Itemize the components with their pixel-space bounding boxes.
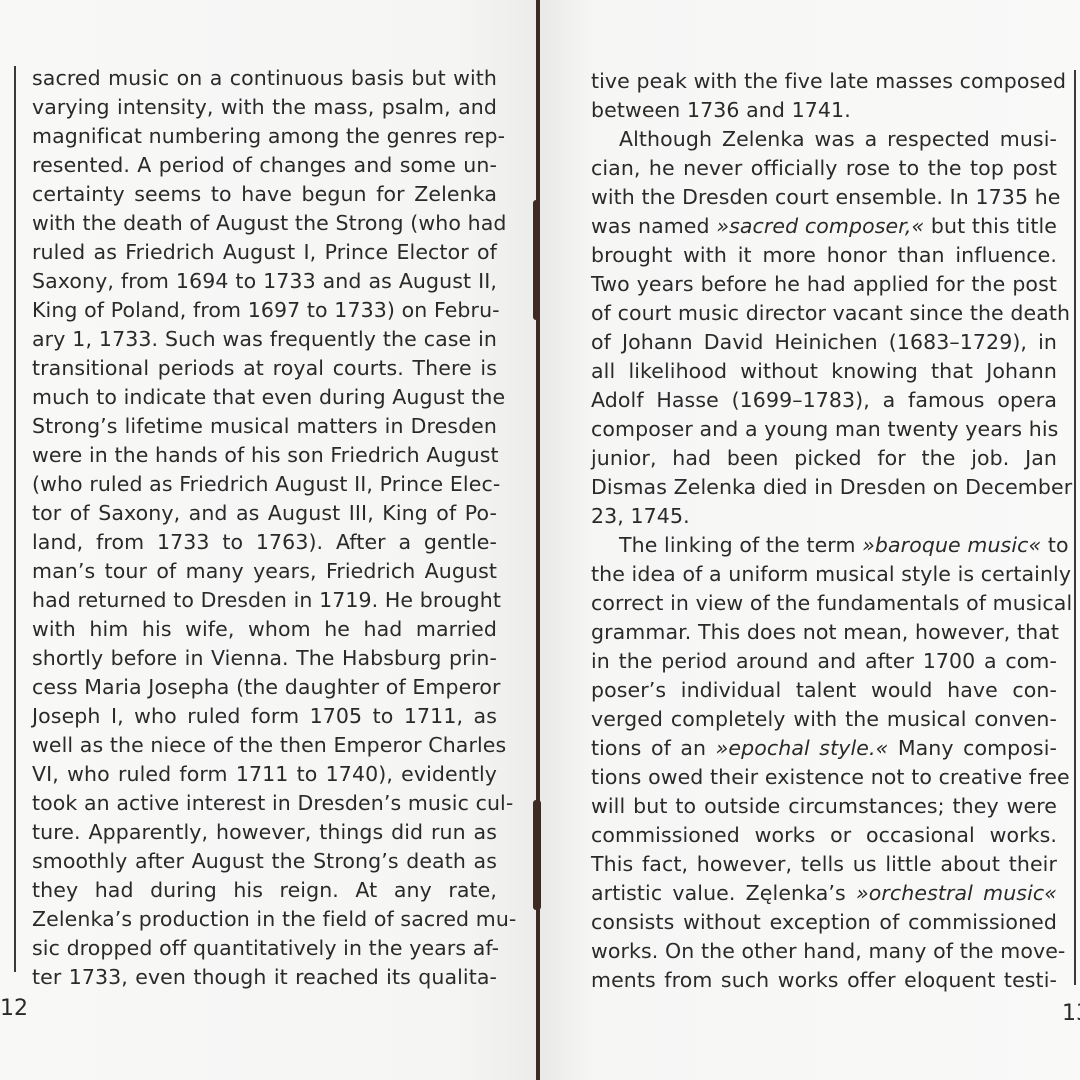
text-line: transitional periods at royal courts. Th… [32,354,497,383]
text-line: tive peak with the five late masses comp… [591,67,1057,96]
text-line: all likelihood without knowing that Joha… [591,357,1057,386]
text-line: between 1736 and 1741. [591,96,1057,125]
italic-term: »sacred composer,« [716,214,924,238]
text-line: smoothly after August the Strong’s death… [32,847,497,876]
text-line: the idea of a uniform musical style is c… [591,560,1057,589]
text-line: commissioned works or occasional works. [591,821,1057,850]
text-line: much to indicate that even during August… [32,383,497,412]
text-line: Saxony, from 1694 to 1733 and as August … [32,267,497,296]
text-line: was named »sacred composer,« but this ti… [591,212,1057,241]
text-line: works. On the other hand, many of the mo… [591,937,1057,966]
text-line: verged completely with the musical conve… [591,705,1057,734]
text-line: (who ruled as Friedrich August II, Princ… [32,470,497,499]
text-line: Dismas Zelenka died in Dresden on Decemb… [591,473,1057,502]
text-line: Although Zelenka was a respected musi- [591,125,1057,154]
text-line: ture. Apparently, however, things did ru… [32,818,497,847]
text-line: resented. A period of changes and some u… [32,151,497,180]
text-line: brought with it more honor than influenc… [591,241,1057,270]
text-line: tor of Saxony, and as August III, King o… [32,499,497,528]
left-margin-rule [14,66,16,972]
right-page-body-text: tive peak with the five late masses comp… [591,67,1057,995]
text-line: they had during his reign. At any rate, [32,876,497,905]
text-line: poser’s individual talent would have con… [591,676,1057,705]
text-line: will but to outside circumstances; they … [591,792,1057,821]
text-line: 23, 1745. [591,502,1057,531]
text-line: artistic value. Zęlenka’s »orchestral mu… [591,879,1057,908]
text-line: junior, had been picked for the job. Jan [591,444,1057,473]
text-line: in the period around and after 1700 a co… [591,647,1057,676]
text-line: sacred music on a continuous basis but w… [32,64,497,93]
text-line: This fact, however, tells us little abou… [591,850,1057,879]
page-number-right: 13 [1062,1001,1080,1026]
text-line: tions owed their existence not to creati… [591,763,1057,792]
text-line: had returned to Dresden in 1719. He brou… [32,586,497,615]
text-line: took an active interest in Dresden’s mus… [32,789,497,818]
italic-term: »orchestral music« [856,881,1057,905]
text-line: with the Dresden court ensemble. In 1735… [591,183,1057,212]
text-line: were in the hands of his son Friedrich A… [32,441,497,470]
book-spine [536,0,540,1080]
text-line: ter 1733, even though it reached its qua… [32,963,497,992]
text-line: King of Poland, from 1697 to 1733) on Fe… [32,296,497,325]
text-line: well as the niece of the then Emperor Ch… [32,731,497,760]
text-line: Joseph I, who ruled form 1705 to 1711, a… [32,702,497,731]
text-line: varying intensity, with the mass, psalm,… [32,93,497,122]
text-line: The linking of the term »baroque music« … [591,531,1057,560]
text-line: composer and a young man twenty years hi… [591,415,1057,444]
italic-term: »baroque music« [862,533,1041,557]
text-line: certainty seems to have begun for Zelenk… [32,180,497,209]
text-line: sic dropped off quantitatively in the ye… [32,934,497,963]
book-spine-fold [533,800,541,910]
text-line: Adolf Hasse (1699–1783), a famous opera [591,386,1057,415]
text-line: of Johann David Heinichen (1683–1729), i… [591,328,1057,357]
text-line: ruled as Friedrich August I, Prince Elec… [32,238,497,267]
page-number-left: 12 [0,996,28,1021]
text-line: tions of an »epochal style.« Many compos… [591,734,1057,763]
text-line: VI, who ruled form 1711 to 1740), eviden… [32,760,497,789]
text-line: grammar. This does not mean, however, th… [591,618,1057,647]
text-line: cian, he never officially rose to the to… [591,154,1057,183]
text-line: land, from 1733 to 1763). After a gentle… [32,528,497,557]
text-line: correct in view of the fundamentals of m… [591,589,1057,618]
text-line: of court music director vacant since the… [591,299,1057,328]
italic-term: »epochal style.« [716,736,889,760]
text-line: with him his wife, whom he had married [32,615,497,644]
text-line: ments from such works offer eloquent tes… [591,966,1057,995]
text-line: magnificat numbering among the genres re… [32,122,497,151]
text-line: consists without exception of commission… [591,908,1057,937]
text-line: cess Maria Josepha (the daughter of Empe… [32,673,497,702]
text-line: Zelenka’s production in the field of sac… [32,905,497,934]
text-line: Strong’s lifetime musical matters in Dre… [32,412,497,441]
text-line: man’s tour of many years, Friedrich Augu… [32,557,497,586]
right-margin-rule [1074,70,1076,985]
left-page-body-text: sacred music on a continuous basis but w… [32,64,497,992]
text-line: ary 1, 1733. Such was frequently the cas… [32,325,497,354]
book-spine-fold [533,200,540,320]
text-line: Two years before he had applied for the … [591,270,1057,299]
text-line: with the death of August the Strong (who… [32,209,497,238]
text-line: shortly before in Vienna. The Habsburg p… [32,644,497,673]
